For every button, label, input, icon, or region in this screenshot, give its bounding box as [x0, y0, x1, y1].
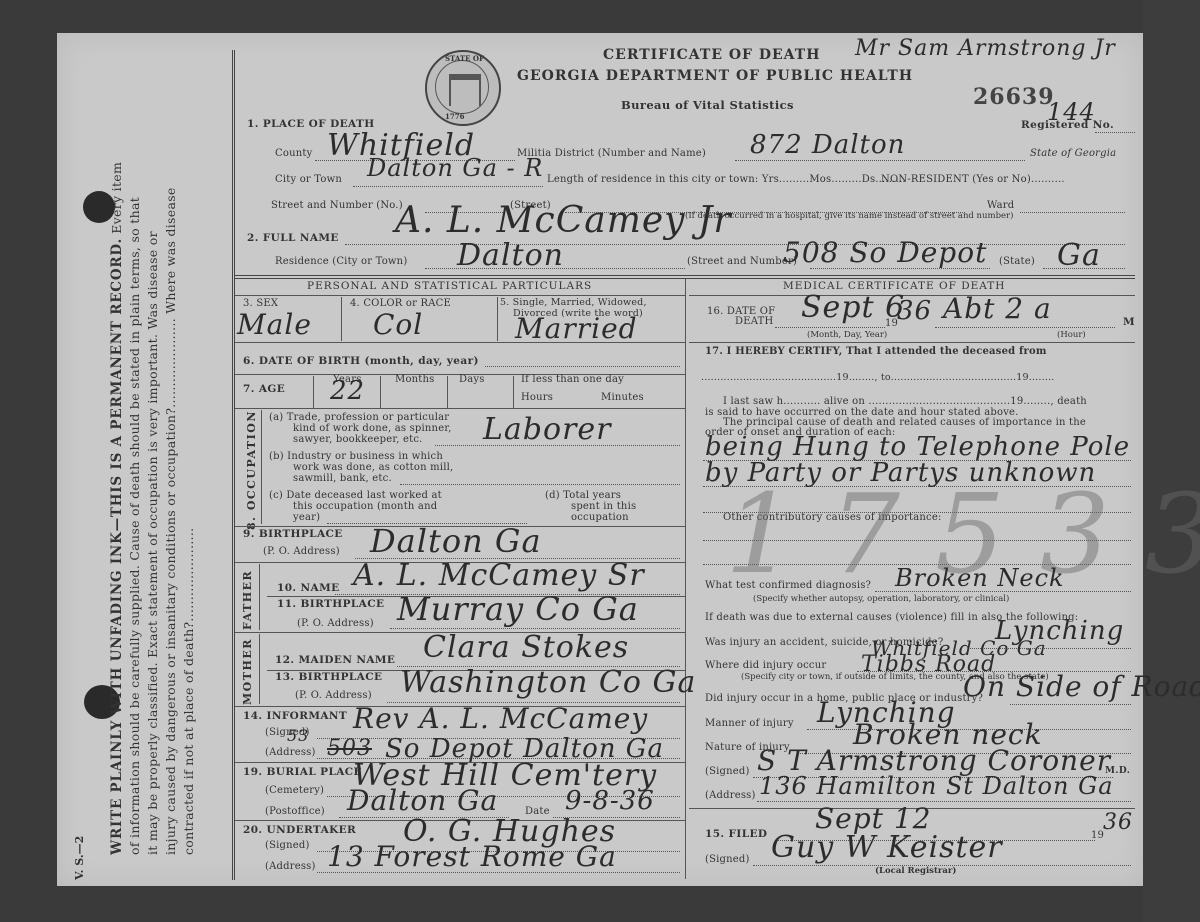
physician-signed-label: (Signed) [705, 766, 750, 777]
undertaker-signed-label: (Signed) [265, 840, 310, 851]
where-injury-label: Where did injury occur [705, 660, 826, 671]
undertaker-address-label: (Address) [265, 861, 316, 872]
occupation-c-label: (c) Date deceased last worked at [269, 490, 442, 501]
city-value: Dalton Ga - R [367, 154, 543, 182]
personal-particulars-header: PERSONAL AND STATISTICAL PARTICULARS [307, 280, 592, 292]
burial-label: 19. BURIAL PLACE [243, 766, 362, 778]
informant-address-label: (Address) [265, 747, 316, 758]
occupation-d-label2: spent in this [571, 501, 636, 512]
cemetery-label: (Cemetery) [265, 785, 324, 796]
dob-label: 6. DATE OF BIRTH (month, day, year) [243, 355, 479, 367]
seal-text: STATE OF [445, 54, 484, 63]
occupation-b-label: (b) Industry or business in which [269, 451, 443, 462]
occupation-c-label2: this occupation (month and [293, 501, 437, 512]
instructions-line: it may be properly classified. Exact sta… [144, 35, 162, 855]
registered-number: 144 [1047, 98, 1096, 126]
diagnosis-label: What test confirmed diagnosis? [705, 580, 871, 591]
physician-address-label: (Address) [705, 790, 756, 801]
attended-dates-line: ........................................… [701, 372, 1055, 383]
mother-vertical-label: MOTHER [241, 638, 254, 705]
residence-street-label: (Street and Number) [687, 256, 797, 267]
instructions-line: of information should be carefully suppl… [126, 35, 144, 855]
street-label: Street and Number (No.) [271, 200, 403, 211]
form-code: V. S.—2 [73, 836, 86, 880]
occupation-b-label3: sawmill, bank, etc. [293, 473, 392, 484]
occupation-d-label: (d) Total years [545, 490, 621, 501]
informant-signed-value: Rev A. L. McCamey [353, 702, 648, 735]
state-seal-icon: STATE OF 1776 [425, 50, 501, 126]
state-label: State of Georgia [1030, 148, 1116, 159]
registrar-note: (Local Registrar) [875, 866, 956, 876]
militia-label: Militia District (Number and Name) [517, 148, 706, 159]
death-hour-value: Abt 2 a [943, 292, 1052, 325]
age-label: 7. AGE [243, 383, 285, 395]
seal-year: 1776 [445, 112, 464, 121]
sex-value: Male [237, 308, 312, 341]
undertaker-address-value: 13 Forest Rome Ga [327, 840, 617, 873]
marital-label: 5. Single, Married, Widowed, [500, 297, 647, 308]
city-label: City or Town [275, 174, 342, 185]
race-value: Col [373, 308, 423, 341]
father-po-label: (P. O. Address) [297, 618, 374, 629]
mother-maiden-value: Clara Stokes [423, 630, 629, 665]
mother-birthplace-value: Washington Co Ga [400, 665, 696, 700]
occupation-vertical-label: 8. OCCUPATION [245, 410, 258, 530]
less-than-day-label: If less than one day [521, 374, 624, 385]
undertaker-label: 20. UNDERTAKER [243, 824, 356, 836]
occupation-b-label2: work was done, as cotton mill, [293, 462, 453, 473]
days-label: Days [459, 374, 485, 385]
scan-background-edge [1143, 0, 1200, 922]
hours-label: Hours [521, 392, 553, 403]
filed-label: 15. FILED [705, 828, 767, 840]
registrar-signed-label: (Signed) [705, 854, 750, 865]
instructions-text: Every item [109, 162, 124, 234]
certificate-form: STATE OF 1776 CERTIFICATE OF DEATH GEORG… [232, 50, 1135, 880]
county-label: County [275, 148, 312, 159]
informant-label: 14. INFORMANT [243, 710, 347, 722]
hour-note: (Hour) [1057, 330, 1086, 340]
diagnosis-note: (Specify whether autopsy, operation, lab… [753, 594, 1009, 604]
filed-year-value: 36 [1103, 810, 1133, 835]
department-title: GEORGIA DEPARTMENT OF PUBLIC HEALTH [517, 68, 913, 84]
manner-label: Manner of injury [705, 718, 794, 729]
home-public-value: On Side of Road [963, 670, 1200, 703]
non-resident-label: NON-RESIDENT (Yes or No).......... [881, 174, 1065, 185]
occupation-a-label2: kind of work done, as spinner, [293, 423, 452, 434]
instructions-line: contracted if not at place of death?....… [180, 35, 198, 855]
occupation-a-label3: sawyer, bookkeeper, etc. [293, 434, 423, 445]
marital-value: Married [515, 312, 638, 345]
file-number: 26639 [973, 84, 1055, 110]
date-note: (Month, Day, Year) [807, 330, 887, 340]
ward-label: Ward [987, 200, 1014, 211]
death-year-value: 36 [897, 296, 932, 326]
postoffice-label: (Postoffice) [265, 806, 325, 817]
birthplace-label: 9. BIRTHPLACE [243, 528, 343, 540]
full-name-value: A. L. McCamey Jr [395, 200, 732, 241]
mother-po-label: (P. O. Address) [295, 690, 372, 701]
birthplace-po-label: (P. O. Address) [263, 546, 340, 557]
birthplace-value: Dalton Ga [370, 522, 542, 560]
father-birthplace-label: 11. BIRTHPLACE [277, 598, 384, 610]
father-name-value: A. L. McCamey Sr [353, 558, 645, 593]
father-vertical-label: FATHER [241, 570, 254, 630]
full-name-label: 2. FULL NAME [247, 232, 339, 244]
father-name-label: 10. NAME [277, 582, 340, 594]
months-label: Months [395, 374, 435, 385]
informant-address-number: 53 [287, 726, 309, 745]
minutes-label: Minutes [601, 392, 644, 403]
document-title: CERTIFICATE OF DEATH [603, 47, 820, 63]
bureau-title: Bureau of Vital Statistics [621, 98, 794, 112]
occupation-c-label3: year) [293, 512, 320, 523]
physician-address-value: 136 Hamilton St Dalton Ga [759, 772, 1114, 800]
registrar-signed-value: Guy W Keister [771, 830, 1003, 865]
residence-state-label: (State) [999, 256, 1035, 267]
mother-birthplace-label: 13. BIRTHPLACE [275, 671, 382, 683]
last-saw-line: I last saw h........... alive on .......… [723, 396, 1087, 407]
father-birthplace-value: Murray Co Ga [397, 590, 639, 628]
instructions-lead: WRITE PLAINLY WITH UNFADING INK—THIS IS … [109, 238, 125, 855]
certify-label: 17. I HEREBY CERTIFY, That I attended th… [705, 346, 1047, 357]
instructions-line: injury caused by dangerous or insanitary… [162, 35, 180, 855]
residence-label: Residence (City or Town) [275, 256, 407, 267]
residence-street-value: 508 So Depot [783, 236, 987, 269]
residence-city-value: Dalton [457, 238, 564, 273]
occupation-a-label: (a) Trade, profession or particular [269, 412, 449, 423]
date-of-death-label2: DEATH [735, 316, 773, 327]
residence-length-label: Length of residence in this city or town… [547, 174, 906, 185]
am-pm-label: M [1123, 316, 1135, 328]
occupation-a-value: Laborer [483, 412, 612, 447]
age-years-value: 22 [330, 376, 365, 406]
mother-maiden-label: 12. MAIDEN NAME [275, 654, 395, 666]
burial-date-value: 9-8-36 [565, 786, 655, 816]
hospital-note: (If death occurred in a hospital, give i… [685, 211, 1013, 221]
residence-state-value: Ga [1057, 238, 1101, 273]
top-annotation: Mr Sam Armstrong Jr [855, 36, 1116, 61]
diagnosis-value: Broken Neck [895, 564, 1065, 592]
occupation-d-label3: occupation [571, 512, 629, 523]
postoffice-value: Dalton Ga [347, 784, 498, 817]
militia-value: 872 Dalton [750, 130, 905, 160]
